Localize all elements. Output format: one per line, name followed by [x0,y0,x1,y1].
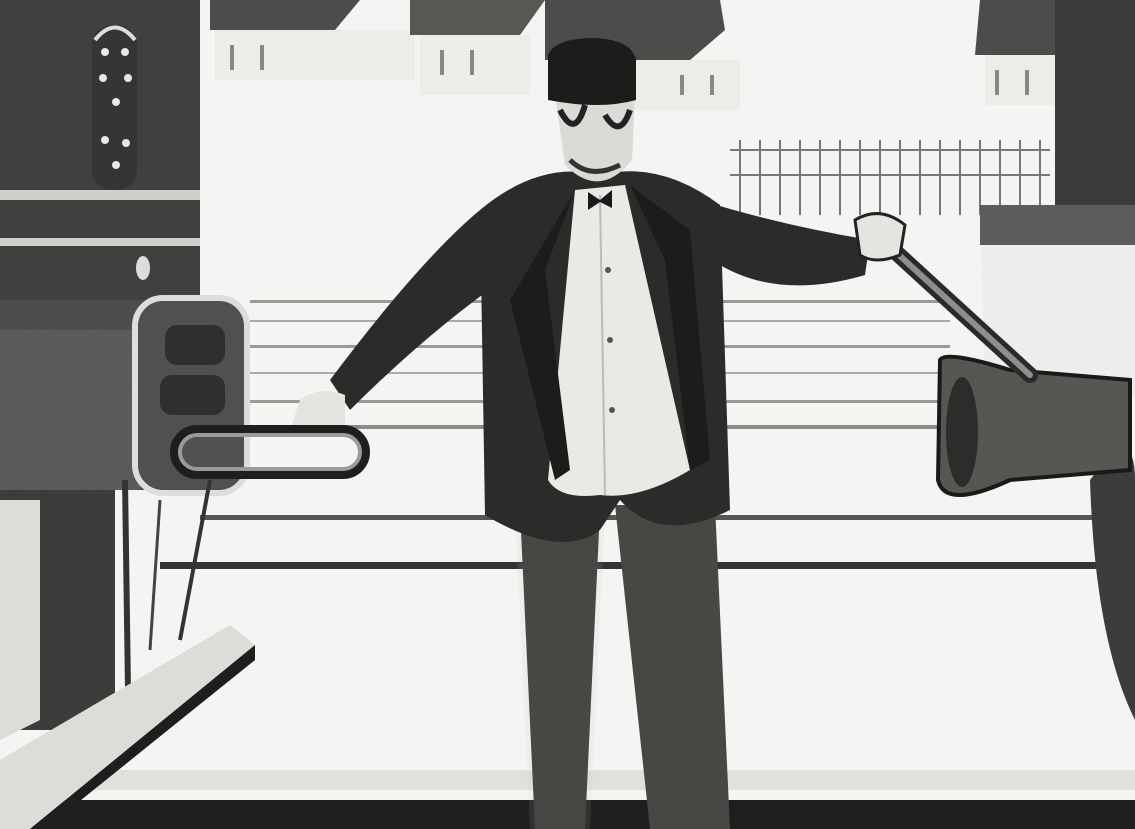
coupler-illustration [0,0,1135,829]
illustration [0,0,1135,829]
